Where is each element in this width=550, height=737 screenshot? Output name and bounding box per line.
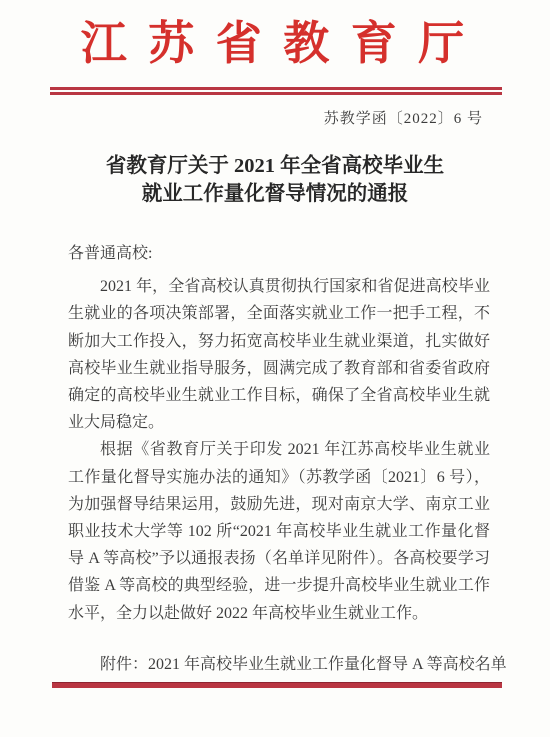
document-title: 省教育厅关于 2021 年全省高校毕业生 就业工作量化督导情况的通报 [0, 152, 550, 208]
document-number: 苏教学函〔2022〕6 号 [324, 108, 483, 130]
body-paragraph-1: 2021 年，全省高校认真贯彻执行国家和省促进高校毕业生就业的各项决策部署，全面… [68, 273, 490, 436]
agency-name-header: 江 苏 省 教 育 厅 [0, 14, 550, 74]
salutation: 各普通高校: [68, 240, 490, 267]
document-title-line2: 就业工作量化督导情况的通报 [0, 180, 550, 208]
letterhead-double-rule [50, 87, 502, 95]
body-paragraph-2: 根据《省教育厅关于印发 2021 年江苏高校毕业生就业工作量化督导实施办法的通知… [68, 436, 490, 626]
document-title-line1: 省教育厅关于 2021 年全省高校毕业生 [0, 152, 550, 180]
attachment-line: 附件：2021 年高校毕业生就业工作量化督导 A 等高校名单 [68, 651, 490, 678]
footer-rule [52, 682, 502, 688]
official-document-page: 江 苏 省 教 育 厅 苏教学函〔2022〕6 号 省教育厅关于 2021 年全… [0, 0, 550, 737]
document-body: 各普通高校: 2021 年，全省高校认真贯彻执行国家和省促进高校毕业生就业的各项… [68, 240, 490, 678]
